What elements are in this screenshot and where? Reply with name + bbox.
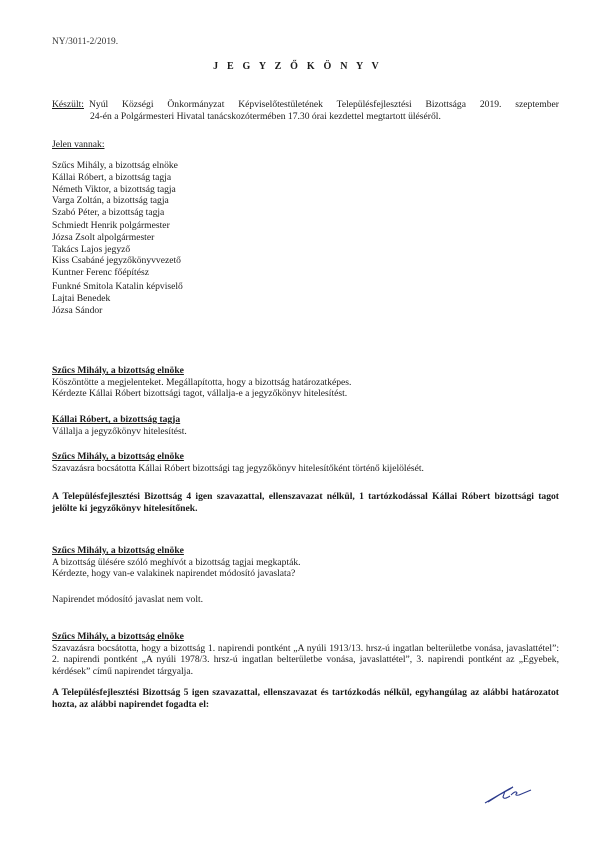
- list-item: Lajtai Benedek: [52, 293, 183, 305]
- list-item: Varga Zoltán, a bizottság tagja: [52, 195, 178, 207]
- list-item: Schmiedt Henrik polgármester: [52, 220, 181, 232]
- prepared-statement: Készült: Nyúl Községi Önkormányzat Képvi…: [52, 99, 559, 122]
- speaker-heading: Szűcs Mihály, a bizottság elnöke: [52, 545, 559, 557]
- present-label: Jelen vannak:: [52, 139, 104, 151]
- section-chair-agenda-vote: Szűcs Mihály, a bizottság elnöke Szavazá…: [52, 631, 559, 677]
- list-item: Kiss Csabáné jegyzőkönyvvezető: [52, 255, 181, 267]
- section-chair-vote: Szűcs Mihály, a bizottság elnöke Szavazá…: [52, 451, 559, 474]
- list-item: Takács Lajos jegyző: [52, 244, 181, 256]
- section-line: Vállalja a jegyzőkönyv hitelesítést.: [52, 426, 559, 438]
- list-item: Szabó Péter, a bizottság tagja: [52, 207, 178, 219]
- prepared-label: Készült:: [52, 99, 84, 111]
- officials-list: Schmiedt Henrik polgármester Józsa Zsolt…: [52, 220, 181, 279]
- list-item: Kállai Róbert, a bizottság tagja: [52, 172, 178, 184]
- section-paragraph: Szavazásra bocsátotta, hogy a bizottság …: [52, 643, 559, 678]
- speaker-heading: Kállai Róbert, a bizottság tagja: [52, 414, 559, 426]
- section-chair-agenda: Szűcs Mihály, a bizottság elnöke A bizot…: [52, 545, 559, 580]
- section-member-response: Kállai Róbert, a bizottság tagja Vállalj…: [52, 414, 559, 437]
- section-line: Kérdezte, hogy van-e valakinek napirende…: [52, 568, 559, 580]
- section-line: Köszöntötte a megjelenteket. Megállapíto…: [52, 377, 559, 389]
- section-line: A bizottság ülésére szóló meghívót a biz…: [52, 557, 559, 569]
- document-title: J E G Y Z Ő K Ö N Y V: [0, 61, 595, 73]
- speaker-heading: Szűcs Mihály, a bizottság elnöke: [52, 451, 559, 463]
- list-item: Józsa Zsolt alpolgármester: [52, 232, 181, 244]
- others-list: Funkné Smitola Katalin képviselő Lajtai …: [52, 281, 183, 316]
- signature-mark: [483, 779, 543, 809]
- list-item: Kuntner Ferenc főépítész: [52, 267, 181, 279]
- committee-members-list: Szűcs Mihály, a bizottság elnöke Kállai …: [52, 160, 178, 219]
- section-line: Szavazásra bocsátotta Kállai Róbert bizo…: [52, 463, 559, 475]
- list-item: Szűcs Mihály, a bizottság elnöke: [52, 160, 178, 172]
- section-line: Kérdezte Kállai Róbert bizottsági tagot,…: [52, 388, 559, 400]
- speaker-heading: Szűcs Mihály, a bizottság elnöke: [52, 631, 559, 643]
- resolution-agenda: A Településfejlesztési Bizottság 5 igen …: [52, 687, 559, 710]
- list-item: Józsa Sándor: [52, 305, 183, 317]
- speaker-heading: Szűcs Mihály, a bizottság elnöke: [52, 365, 559, 377]
- document-reference-number: NY/3011-2/2019.: [52, 37, 118, 49]
- signature-icon: [483, 779, 543, 809]
- list-item: Németh Viktor, a bizottság tagja: [52, 184, 178, 196]
- resolution-authenticator: A Településfejlesztési Bizottság 4 igen …: [52, 491, 559, 514]
- list-item: Funkné Smitola Katalin képviselő: [52, 281, 183, 293]
- section-chair-opening: Szűcs Mihály, a bizottság elnöke Köszönt…: [52, 365, 559, 400]
- no-amendment-note: Napirendet módosító javaslat nem volt.: [52, 594, 559, 606]
- prepared-line-2: 24-én a Polgármesteri Hivatal tanácskozó…: [52, 111, 559, 123]
- prepared-line-1: Nyúl Községi Önkormányzat Képviselőtestü…: [89, 99, 559, 111]
